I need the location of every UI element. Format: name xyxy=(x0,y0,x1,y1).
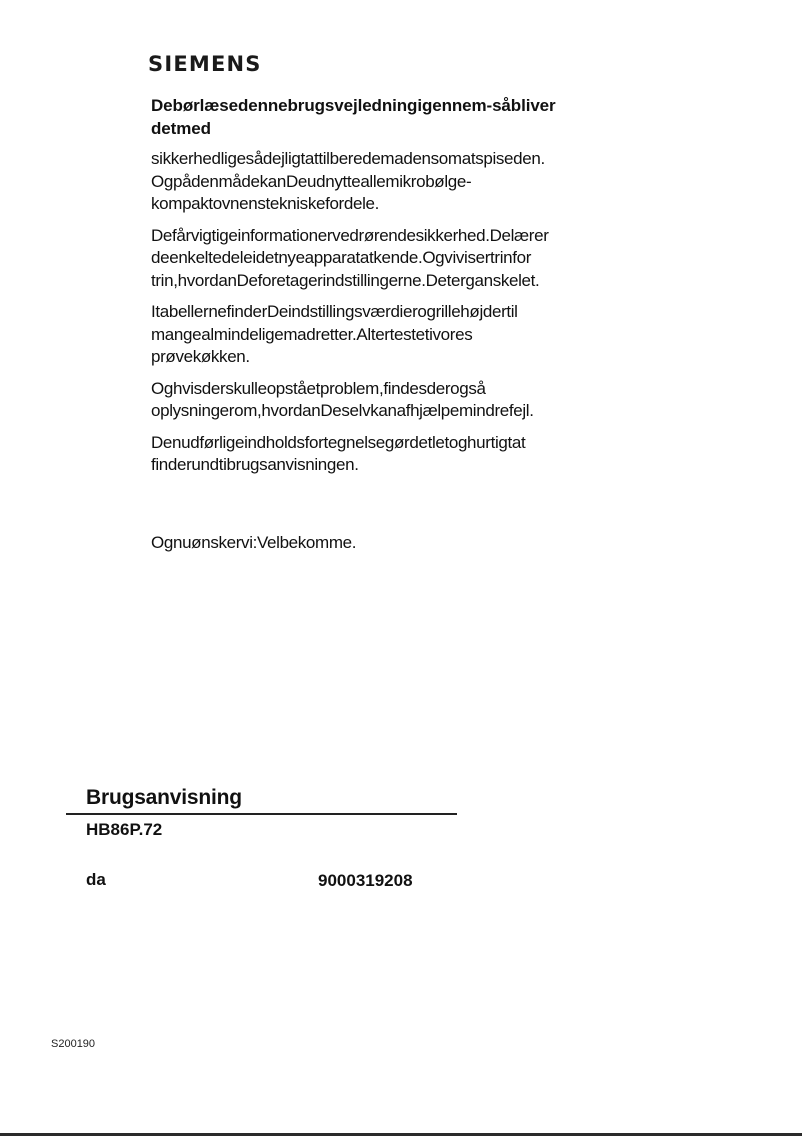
intro-paragraph: Denudførligeindholdsfortegnelsegørdetlet… xyxy=(151,432,611,477)
language-code: da xyxy=(86,870,106,890)
siemens-logo: SIEMENS xyxy=(148,52,262,76)
intro-paragraph: Defårvigtigeinformationervedrørendesikke… xyxy=(151,225,611,293)
intro-paragraph: Oghvisderskulleopståetproblem,findesdero… xyxy=(151,378,611,423)
title-divider xyxy=(66,813,457,815)
model-number: HB86P.72 xyxy=(86,820,162,840)
intro-paragraph: sikkerhedligesådejligtattilberedemadenso… xyxy=(151,148,611,216)
document-title: Brugsanvisning xyxy=(86,786,242,810)
document-number: 9000319208 xyxy=(318,871,413,891)
intro-heading: Debørlæsedennebrugsvejledningigennem-såb… xyxy=(151,94,611,140)
closing-line: Ognuønskervi:Velbekomme. xyxy=(151,533,356,553)
intro-section: Debørlæsedennebrugsvejledningigennem-såb… xyxy=(151,94,611,486)
intro-paragraph: ItabellernefinderDeindstillingsværdierog… xyxy=(151,301,611,369)
print-code: S200190 xyxy=(51,1038,95,1050)
